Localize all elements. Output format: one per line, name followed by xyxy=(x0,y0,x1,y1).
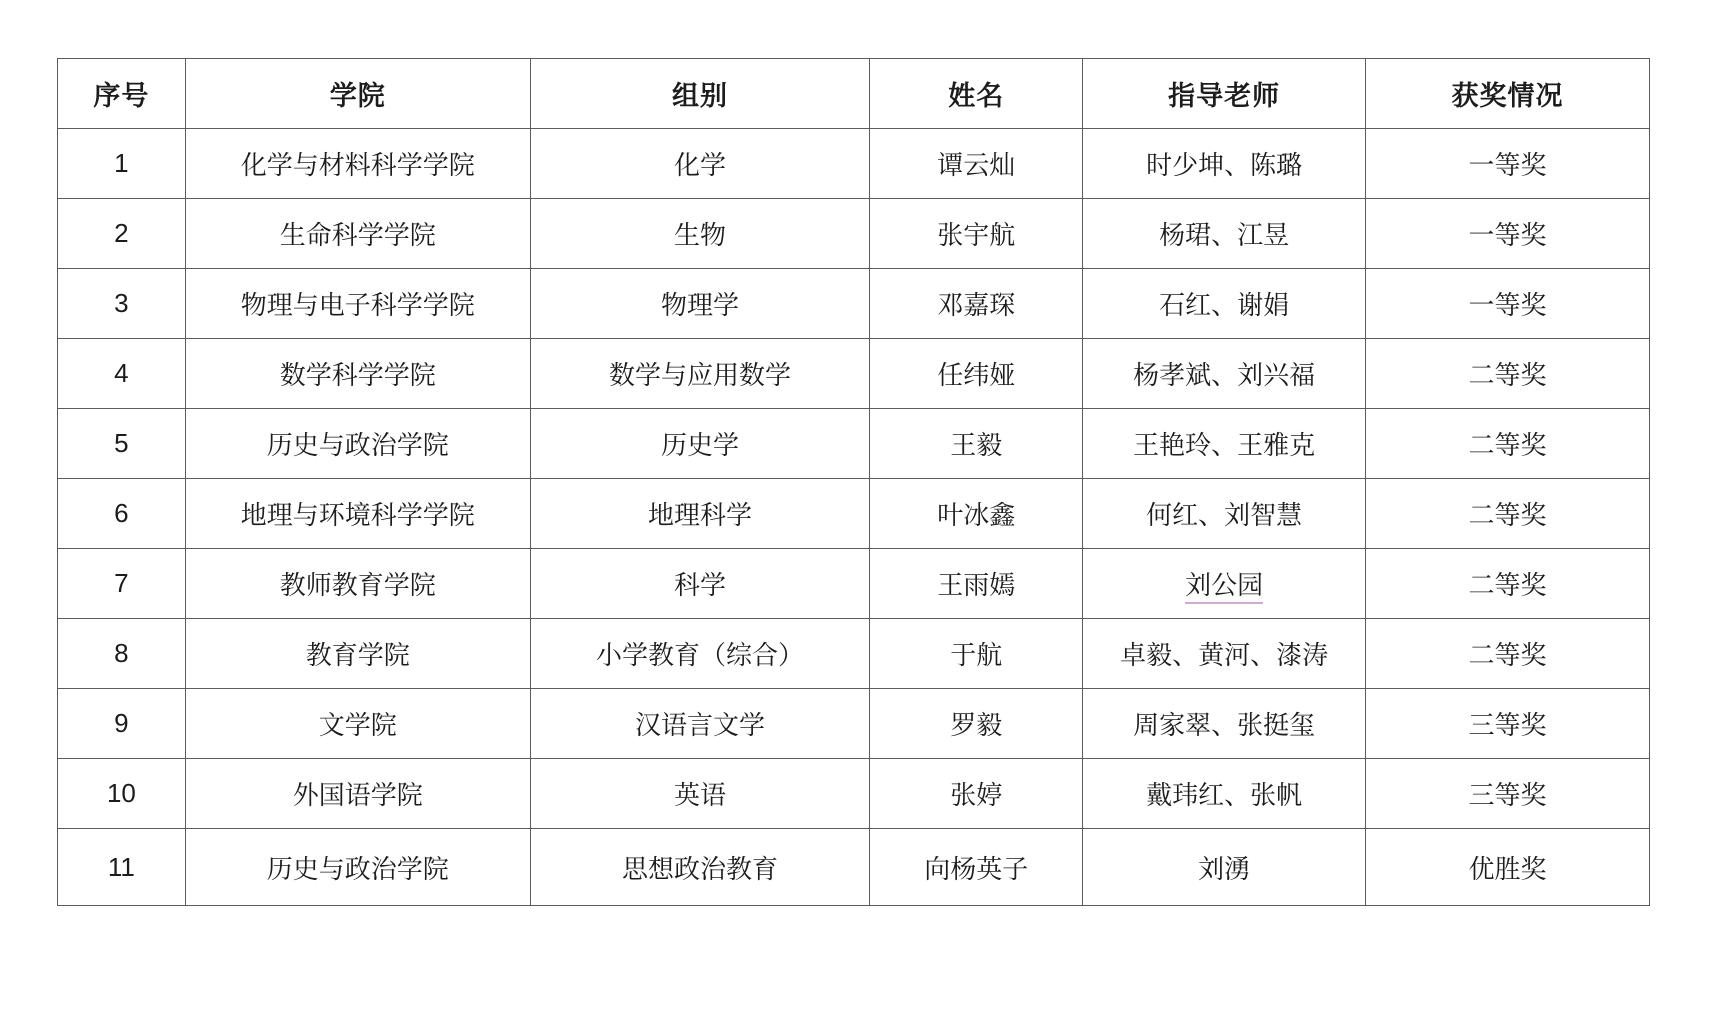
table-row: 8 教育学院 小学教育（综合） 于航 卓毅、黄河、漆涛 二等奖 xyxy=(58,619,1650,689)
advisor-text: 时少坤、陈璐 xyxy=(1146,150,1302,180)
cell-group: 化学 xyxy=(530,129,870,199)
cell-college: 化学与材料科学学院 xyxy=(185,129,530,199)
advisor-text: 何红、刘智慧 xyxy=(1146,500,1302,530)
cell-award: 二等奖 xyxy=(1366,479,1650,549)
header-row: 序号 学院 组别 姓名 指导老师 获奖情况 xyxy=(58,59,1650,129)
cell-name: 王毅 xyxy=(870,409,1083,479)
column-header-college: 学院 xyxy=(185,59,530,129)
awards-table: 序号 学院 组别 姓名 指导老师 获奖情况 1 化学与材料科学学院 化学 谭云灿… xyxy=(57,58,1650,906)
cell-name: 谭云灿 xyxy=(870,129,1083,199)
cell-advisor: 杨孝斌、刘兴福 xyxy=(1083,339,1366,409)
cell-advisor: 石红、谢娟 xyxy=(1083,269,1366,339)
cell-group: 思想政治教育 xyxy=(530,829,870,906)
advisor-text: 杨孝斌、刘兴福 xyxy=(1133,360,1315,390)
table-row: 9 文学院 汉语言文学 罗毅 周家翠、张挺玺 三等奖 xyxy=(58,689,1650,759)
cell-college: 数学科学学院 xyxy=(185,339,530,409)
cell-group: 生物 xyxy=(530,199,870,269)
cell-college: 历史与政治学院 xyxy=(185,409,530,479)
column-header-no: 序号 xyxy=(58,59,186,129)
cell-award: 优胜奖 xyxy=(1366,829,1650,906)
cell-no: 8 xyxy=(58,619,186,689)
cell-name: 叶冰鑫 xyxy=(870,479,1083,549)
cell-advisor: 何红、刘智慧 xyxy=(1083,479,1366,549)
column-header-name: 姓名 xyxy=(870,59,1083,129)
page: 序号 学院 组别 姓名 指导老师 获奖情况 1 化学与材料科学学院 化学 谭云灿… xyxy=(0,0,1720,1022)
cell-name: 张婷 xyxy=(870,759,1083,829)
cell-advisor: 杨珺、江昱 xyxy=(1083,199,1366,269)
cell-group: 物理学 xyxy=(530,269,870,339)
cell-no: 5 xyxy=(58,409,186,479)
cell-name: 向杨英子 xyxy=(870,829,1083,906)
advisor-text: 杨珺、江昱 xyxy=(1159,220,1289,250)
advisor-text: 戴玮红、张帆 xyxy=(1146,780,1302,810)
cell-college: 生命科学学院 xyxy=(185,199,530,269)
cell-advisor: 刘公园 xyxy=(1083,549,1366,619)
column-header-advisor: 指导老师 xyxy=(1083,59,1366,129)
cell-advisor: 卓毅、黄河、漆涛 xyxy=(1083,619,1366,689)
cell-advisor: 戴玮红、张帆 xyxy=(1083,759,1366,829)
cell-group: 汉语言文学 xyxy=(530,689,870,759)
cell-award: 三等奖 xyxy=(1366,689,1650,759)
cell-award: 三等奖 xyxy=(1366,759,1650,829)
cell-award: 一等奖 xyxy=(1366,129,1650,199)
cell-college: 历史与政治学院 xyxy=(185,829,530,906)
cell-no: 7 xyxy=(58,549,186,619)
cell-college: 教育学院 xyxy=(185,619,530,689)
cell-name: 罗毅 xyxy=(870,689,1083,759)
advisor-text: 周家翠、张挺玺 xyxy=(1133,710,1315,740)
cell-college: 文学院 xyxy=(185,689,530,759)
advisor-text: 刘公园 xyxy=(1185,570,1263,604)
table-row: 7 教师教育学院 科学 王雨嫣 刘公园 二等奖 xyxy=(58,549,1650,619)
cell-no: 11 xyxy=(58,829,186,906)
cell-award: 一等奖 xyxy=(1366,199,1650,269)
advisor-text: 王艳玲、王雅克 xyxy=(1133,430,1315,460)
table-header: 序号 学院 组别 姓名 指导老师 获奖情况 xyxy=(58,59,1650,129)
cell-award: 二等奖 xyxy=(1366,339,1650,409)
table-row: 3 物理与电子科学学院 物理学 邓嘉琛 石红、谢娟 一等奖 xyxy=(58,269,1650,339)
table-row: 11 历史与政治学院 思想政治教育 向杨英子 刘湧 优胜奖 xyxy=(58,829,1650,906)
cell-no: 10 xyxy=(58,759,186,829)
table-row: 1 化学与材料科学学院 化学 谭云灿 时少坤、陈璐 一等奖 xyxy=(58,129,1650,199)
advisor-text: 刘湧 xyxy=(1198,854,1250,884)
cell-group: 小学教育（综合） xyxy=(530,619,870,689)
advisor-text: 石红、谢娟 xyxy=(1159,290,1289,320)
column-header-award: 获奖情况 xyxy=(1366,59,1650,129)
cell-college: 教师教育学院 xyxy=(185,549,530,619)
cell-award: 二等奖 xyxy=(1366,549,1650,619)
table-row: 4 数学科学学院 数学与应用数学 任纬娅 杨孝斌、刘兴福 二等奖 xyxy=(58,339,1650,409)
cell-group: 科学 xyxy=(530,549,870,619)
cell-name: 张宇航 xyxy=(870,199,1083,269)
cell-name: 于航 xyxy=(870,619,1083,689)
cell-no: 9 xyxy=(58,689,186,759)
cell-college: 地理与环境科学学院 xyxy=(185,479,530,549)
cell-no: 2 xyxy=(58,199,186,269)
cell-group: 地理科学 xyxy=(530,479,870,549)
table-row: 6 地理与环境科学学院 地理科学 叶冰鑫 何红、刘智慧 二等奖 xyxy=(58,479,1650,549)
cell-advisor: 刘湧 xyxy=(1083,829,1366,906)
table-body: 1 化学与材料科学学院 化学 谭云灿 时少坤、陈璐 一等奖 2 生命科学学院 生… xyxy=(58,129,1650,906)
cell-no: 4 xyxy=(58,339,186,409)
cell-group: 数学与应用数学 xyxy=(530,339,870,409)
cell-award: 二等奖 xyxy=(1366,619,1650,689)
column-header-group: 组别 xyxy=(530,59,870,129)
advisor-text: 卓毅、黄河、漆涛 xyxy=(1120,640,1328,670)
cell-no: 6 xyxy=(58,479,186,549)
cell-name: 王雨嫣 xyxy=(870,549,1083,619)
cell-award: 二等奖 xyxy=(1366,409,1650,479)
table-row: 10 外国语学院 英语 张婷 戴玮红、张帆 三等奖 xyxy=(58,759,1650,829)
cell-name: 任纬娅 xyxy=(870,339,1083,409)
cell-no: 1 xyxy=(58,129,186,199)
cell-group: 英语 xyxy=(530,759,870,829)
cell-college: 物理与电子科学学院 xyxy=(185,269,530,339)
cell-advisor: 周家翠、张挺玺 xyxy=(1083,689,1366,759)
cell-advisor: 时少坤、陈璐 xyxy=(1083,129,1366,199)
cell-advisor: 王艳玲、王雅克 xyxy=(1083,409,1366,479)
table-row: 5 历史与政治学院 历史学 王毅 王艳玲、王雅克 二等奖 xyxy=(58,409,1650,479)
table-row: 2 生命科学学院 生物 张宇航 杨珺、江昱 一等奖 xyxy=(58,199,1650,269)
cell-college: 外国语学院 xyxy=(185,759,530,829)
cell-name: 邓嘉琛 xyxy=(870,269,1083,339)
cell-group: 历史学 xyxy=(530,409,870,479)
cell-award: 一等奖 xyxy=(1366,269,1650,339)
cell-no: 3 xyxy=(58,269,186,339)
